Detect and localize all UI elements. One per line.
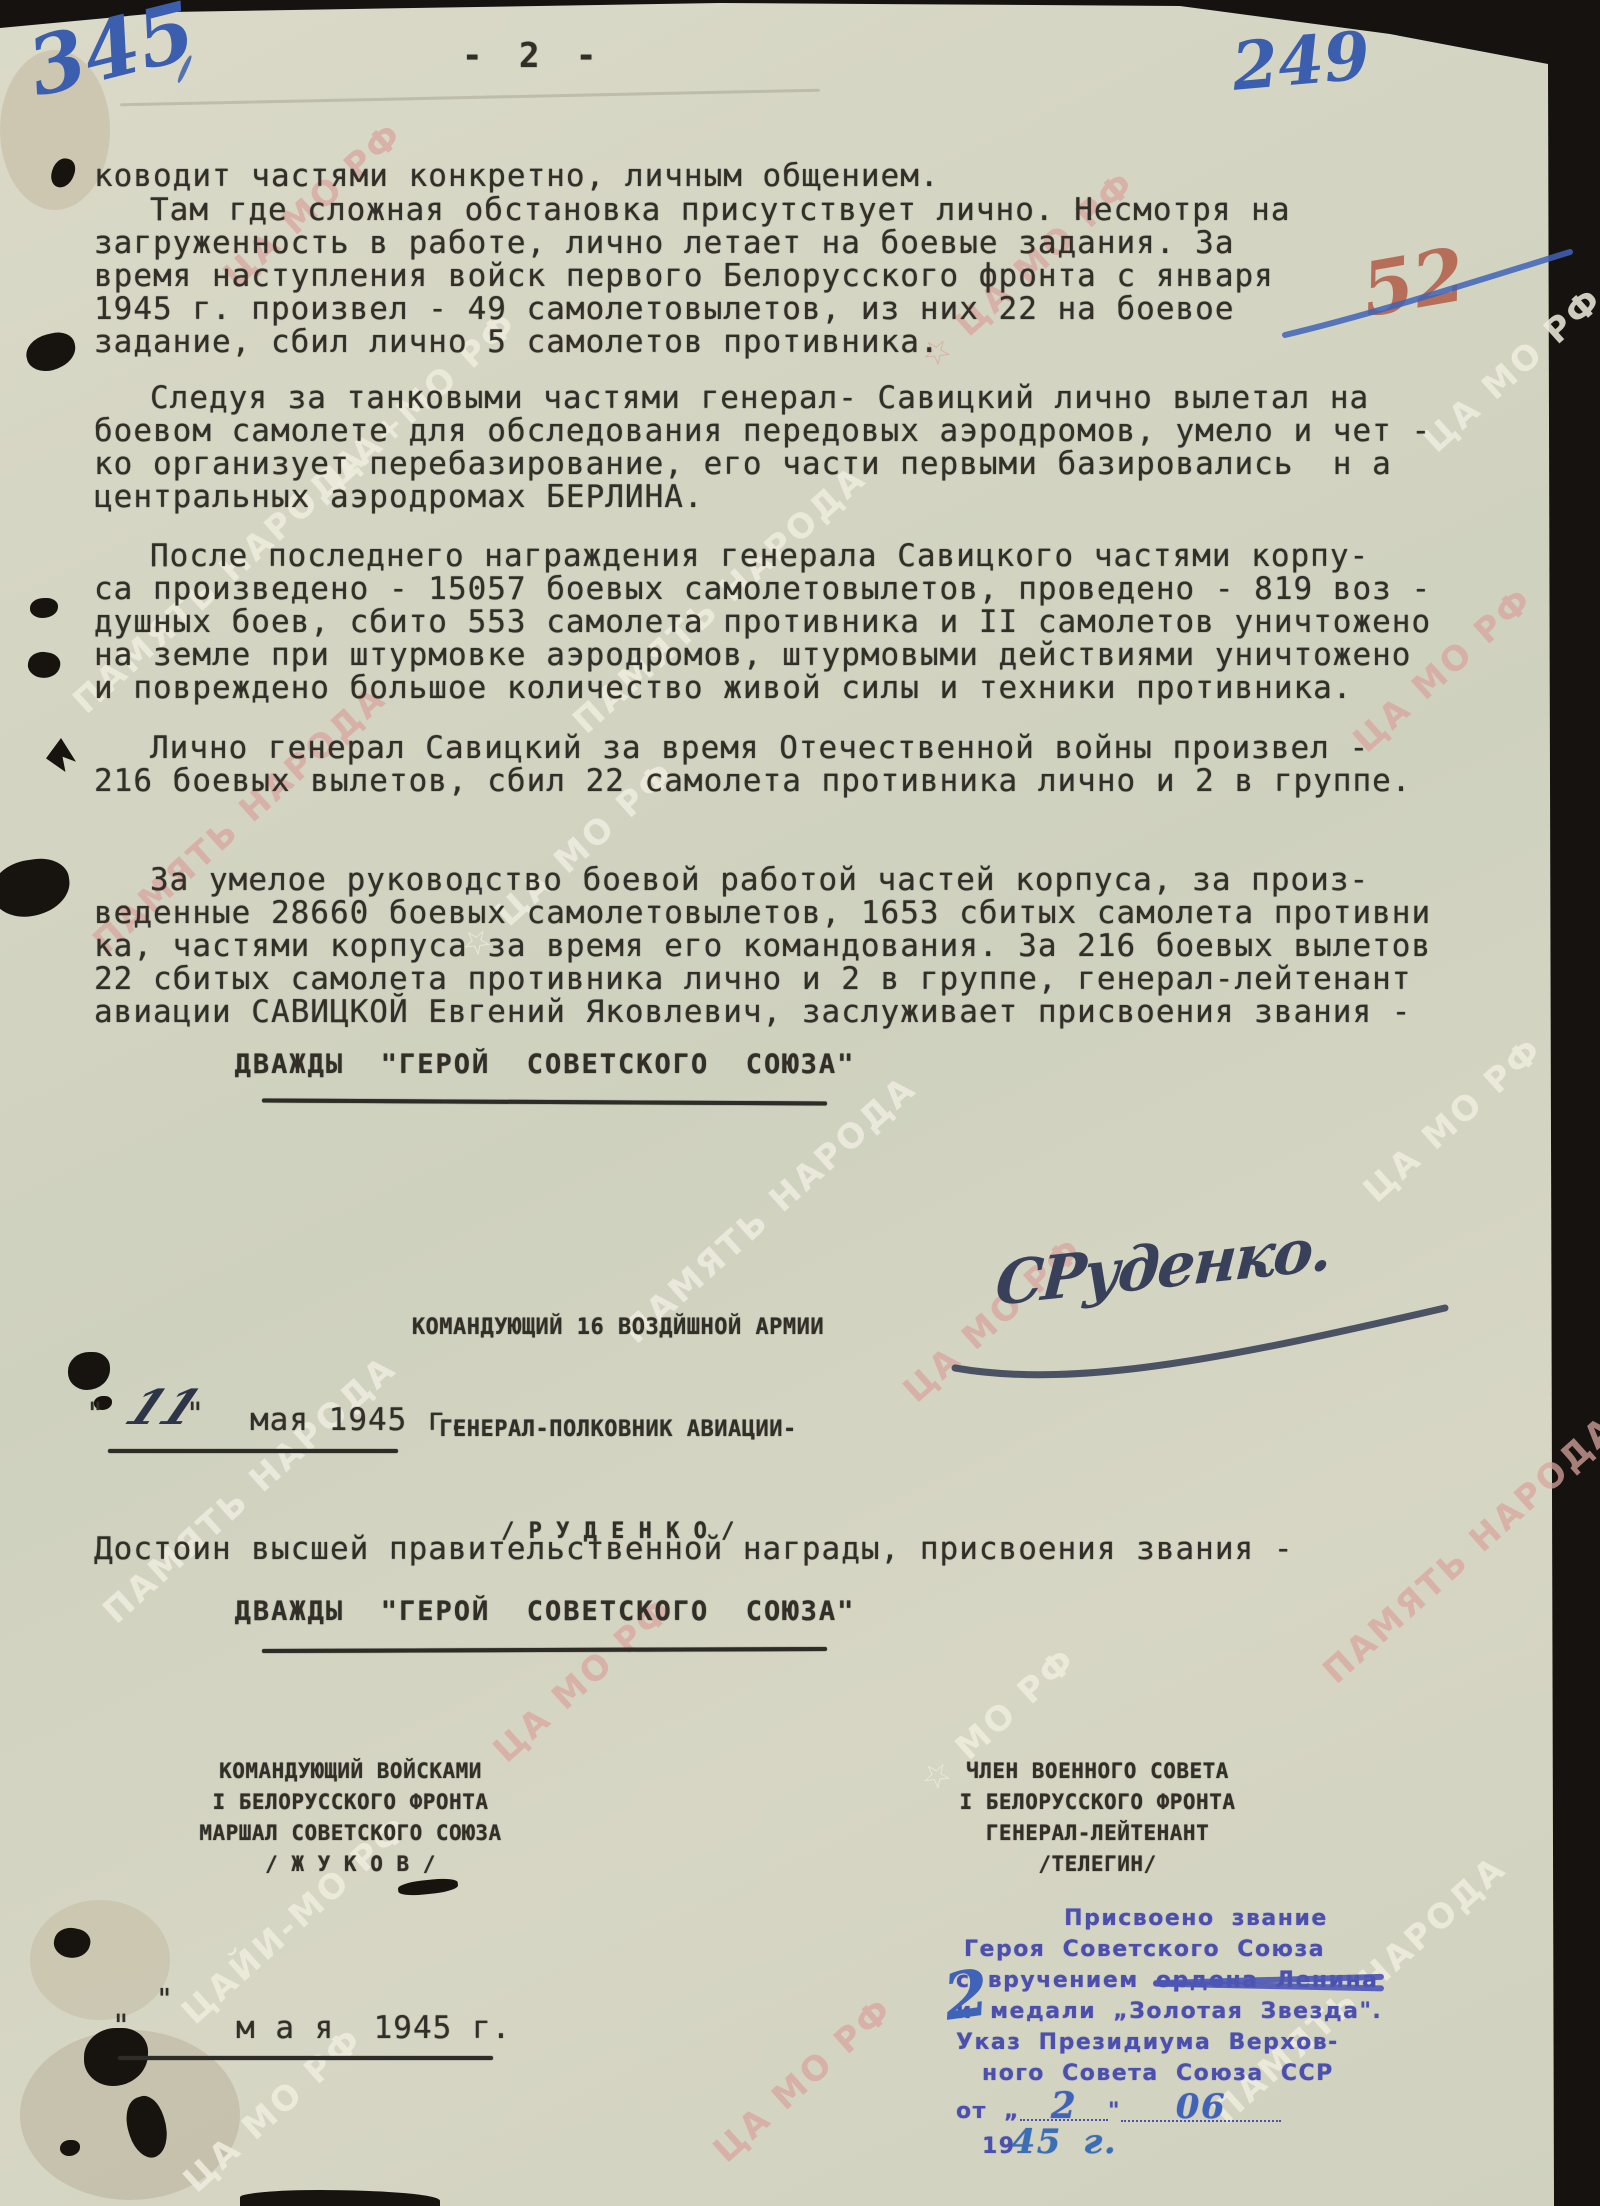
commander-line-2: ГЕНЕРАЛ-ПОЛКОВНИК АВИАЦИИ- (408, 1413, 828, 1447)
award-title-2: ДВАЖДЫ "ГЕРОЙ СОВЕТСКОГО СОЮЗА" (220, 1595, 870, 1628)
document-scan: ЦА МО РФЦА+МО РФ☆ ЦА МО РФПАМЯТЬ НАРОДАЦ… (0, 0, 1600, 2206)
bottom-date-underline (118, 2056, 493, 2060)
signer-left-block: КОМАНДУЮЩИЙ ВОЙСКАМИ I БЕЛОРУССКОГО ФРОН… (178, 1756, 523, 1880)
stamp-date-quote: " (1108, 2099, 1121, 2124)
stamp-date-prefix: от „ (956, 2099, 1020, 2124)
stamp-line-4: и медали „Золотая Звезда". (956, 1996, 1436, 2027)
stamp-year-print: 19 (982, 2134, 1016, 2159)
paragraph-5: За умелое руководство боевой работой час… (94, 864, 1514, 1029)
stamp-line-5: Указ Президиума Верхов- (956, 2027, 1436, 2058)
paragraph-2: Следуя за танковыми частями генерал- Сав… (94, 382, 1514, 514)
stamp-line-6: ного Совета Союза ССР (956, 2058, 1436, 2089)
stamp-handwritten-month: 06 (1121, 2094, 1281, 2122)
bottom-date-text: м а я 1945 г. (236, 2012, 511, 2045)
bottom-date-quote: " (112, 2010, 131, 2043)
commander-line-1: КОМАНДУЮЩИЙ 16 ВОЗДЙШНОЙ АРМИИ (408, 1311, 828, 1345)
award-stamp-block: Присвоено звание Героя Советского Союза … (956, 1903, 1436, 2162)
handwritten-sheet-number: 249 (1229, 16, 1373, 106)
date-open-quote: " (86, 1398, 105, 1431)
date-underline (108, 1449, 398, 1453)
stamp-line-2: Героя Советского Союза (956, 1934, 1436, 1965)
award-title: ДВАЖДЫ "ГЕРОЙ СОВЕТСКОГО СОЮЗА" (220, 1048, 870, 1081)
paragraph-1: Там где сложная обстановка присутствует … (94, 194, 1514, 359)
stamp-struck-text: ордена Ленина (1156, 1965, 1379, 1996)
stamp-date-line: от „2"06 1945 г. (956, 2093, 1436, 2162)
paragraph-4: Лично генерал Савицкий за время Отечеств… (94, 732, 1514, 798)
stamp-handwritten-day: 2 (1020, 2093, 1108, 2121)
date-month-year: мая 1945 г. (250, 1404, 466, 1437)
body-opening-line: ководит частями конкретно, личным общени… (94, 160, 940, 193)
worthy-line: Достоин высшей правительственной награды… (94, 1533, 1293, 1566)
page-number: - 2 - (462, 40, 604, 73)
signature-flourish (940, 1270, 1460, 1390)
date-close-quote: " (186, 1398, 205, 1431)
stamp-handwritten-two-overlay: 2 (939, 1955, 994, 2035)
stamp-line-1: Присвоено звание (956, 1903, 1436, 1934)
signer-right-block: ЧЛЕН ВОЕННОГО СОВЕТА I БЕЛОРУССКОГО ФРОН… (920, 1756, 1275, 1880)
bottom-stray-quote: " (156, 1982, 174, 2015)
stamp-handwritten-year: 45 г. (1012, 2122, 1118, 2162)
stamp-line-3: с вручением ордена Ленина (956, 1965, 1436, 1996)
paragraph-3: После последнего награждения генерала Са… (94, 540, 1514, 705)
